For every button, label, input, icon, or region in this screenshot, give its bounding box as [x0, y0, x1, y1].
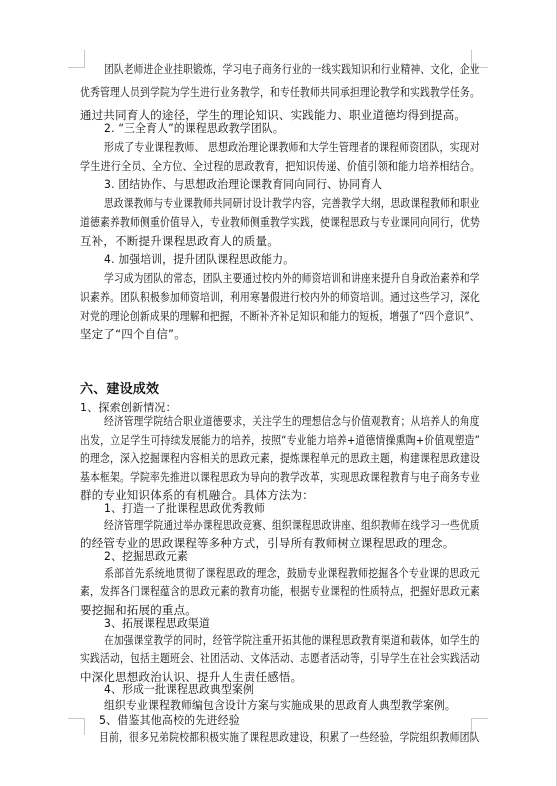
text-line: 在加强课堂教学的同时，经管学院注重开拓其他的课程思政教育渠道和载体，如学生的: [104, 633, 442, 647]
crop-mark-top-left-h: [68, 67, 85, 68]
text-line: 系部首先系统地贯彻了课程思政的理念，鼓励专业课程教师挖掘各个专业课的思政元: [104, 566, 451, 580]
crop-mark-bottom-left-h: [68, 718, 85, 719]
text-line: 对党的理论创新成果的理解和把握，不断补齐补足知识和能力的短板，增强了“四个意识”…: [80, 309, 421, 323]
text-line: 经济管理学院结合职业道德要求，关注学生的理想信念与价值观教育；从培养人的角度: [104, 414, 442, 428]
text-line: 实践活动，包括主题班会、社团活动、文体活动、志愿者活动等，引导学生在社会实践活动: [80, 651, 422, 665]
crop-mark-top-left-v: [84, 50, 85, 67]
text-line: 坚定了“四个自信”。: [80, 327, 480, 341]
text-line: 出发，立足学生可持续发展能力的培养，按照“专业能力培养+道德情操熏陶+价值观塑造…: [80, 433, 424, 447]
text-line: 1、打造一了批课程思政优秀教师: [104, 501, 480, 515]
text-line: 道德素养教师侧重价值导入，专业教师侧重教学实践，使课程思政与专业课同向同行，优势: [80, 215, 422, 229]
text-line: 3、拓展课程思政渠道: [104, 616, 480, 630]
text-line: 组织专业课程教师编包含设计方案与实施成果的思政育人典型教学案例。: [104, 698, 480, 712]
text-line: 4. 加强培训，提升团队课程思政能力。: [104, 252, 480, 266]
text-line: 2、挖掘思政元素: [104, 549, 480, 563]
text-line: 的经管专业的思政课程等多种方式，引导所有教师树立课程思政的理念。: [80, 536, 480, 550]
text-line: 思政课教师与专业课教师共同研讨设计教学内容，完善教学大纲，思政课程教师和职业: [104, 196, 442, 210]
text-line: 识素养。团队积极参加师资培训，利用寒暑假进行校内外的师资培训。通过这些学习，深化: [80, 290, 422, 304]
text-line: 团队老师进企业挂职锻炼，学习电子商务行业的一线实践知识和行业精神、文化，企业: [104, 62, 442, 76]
text-line: 形成了专业课程教师、 思想政治理论课教师和大学生管理者的课程师资团队，实现对: [104, 140, 448, 154]
text-line: 通过共同育人的途径，学生的理论知识、实践能力、职业道德均得到提高。: [80, 108, 480, 122]
text-line: 目前，很多兄弟院校都积极实施了课程思政建设，积累了一些经验，学院组织教师团队: [99, 730, 441, 744]
text-line: 2. “三全育人”的课程思政教学团队。: [104, 121, 480, 135]
crop-mark-bottom-left-v: [84, 718, 85, 735]
sub-heading: 1、探索创新情况：: [80, 401, 480, 415]
section-heading: 六、建设成效: [80, 383, 480, 397]
text-line: 经济管理学院通过举办课程思政竞赛、组织课程思政讲座、组织教师在线学习一些优质: [104, 518, 442, 532]
text-line: 群的专业知识体系的有机融合。具体方法为：: [80, 488, 480, 502]
text-line: 基本框架。学院率先推进以课程思政为导向的教学改革，实现思政课程教育与电子商务专业: [80, 470, 422, 484]
text-line: 3. 团结协作、与思想政治理论课教育同向同行、协同育人: [104, 177, 480, 191]
text-line: 的理念，深入挖掘课程内容相关的思政元素，提炼课程单元的思政主题，构建课程思政建设: [80, 451, 422, 465]
text-line: 学生进行全员、全方位、全过程的思政教育，把知识传递、价值引领和能力培养相结合。: [80, 159, 431, 173]
text-line: 优秀管理人员到学院为学生进行业务教学，和专任教师共同承担理论教学和实践教学任务。: [80, 85, 422, 99]
text-line: 互补，不断提升课程思政育人的质量。: [80, 234, 480, 248]
text-line: 素，发挥各门课程蕴含的思政元素的教育功能，根据专业课程的性质特点，把握好思政元素: [80, 584, 422, 598]
text-line: 要挖掘和拓展的重点。: [80, 603, 480, 617]
text-line: 学习成为团队的常态，团队主要通过校内外的师资培训和讲座来提升自身政治素养和学: [104, 271, 442, 285]
text-line: 4、形成一批课程思政典型案例: [104, 682, 480, 696]
text-line: 5、借鉴其他高校的先进经验: [99, 713, 480, 727]
